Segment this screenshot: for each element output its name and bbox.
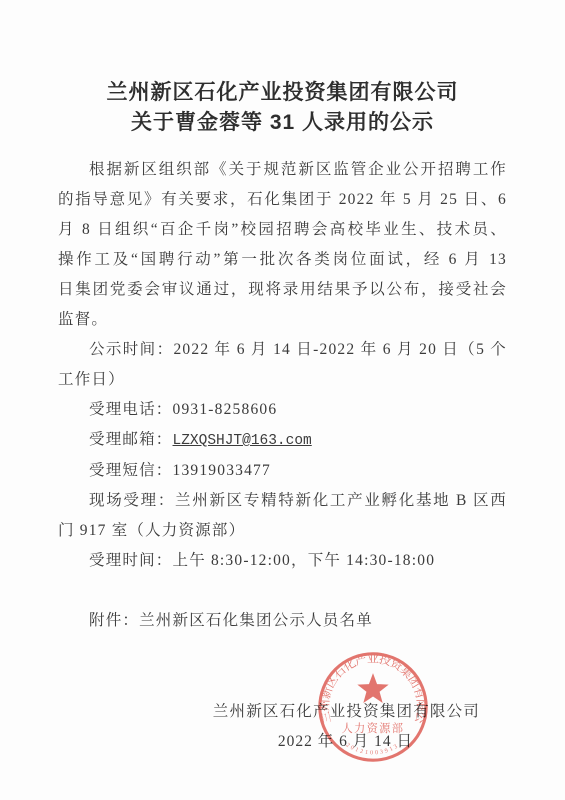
blank-line xyxy=(58,576,507,606)
paragraph-line: 监督。 xyxy=(58,305,507,335)
document-page: 兰州新区石化产业投资集团有限公司 关于曹金蓉等 31 人录用的公示 根据新区组织… xyxy=(0,0,565,800)
paragraph-line: 根据新区组织部《关于规范新区监管企业公开招聘工作 xyxy=(58,155,507,185)
document-title: 兰州新区石化产业投资集团有限公司 关于曹金蓉等 31 人录用的公示 xyxy=(0,0,565,138)
paragraph-line: 操作工及“国聘行动”第一批次各类岗位面试，经 6 月 13 xyxy=(58,245,507,275)
signature-date: 2022 年 6 月 14 日 xyxy=(0,727,565,757)
address-line-cont: 门 917 室（人力资源部） xyxy=(58,516,507,546)
notice-period-line-cont: 工作日） xyxy=(58,365,507,395)
paragraph-line: 的指导意见》有关要求，石化集团于 2022 年 5 月 25 日、6 xyxy=(58,185,507,215)
email-link[interactable]: LZXQSHJT@163.com xyxy=(173,433,312,449)
phone-line: 受理电话：0931-8258606 xyxy=(58,395,507,425)
sms-line: 受理短信：13919033477 xyxy=(58,456,507,486)
paragraph-line: 日集团党委会审议通过，现将录用结果予以公布，接受社会 xyxy=(58,275,507,305)
paragraph-line: 月 8 日组织“百企千岗”校园招聘会高校毕业生、技术员、 xyxy=(58,215,507,245)
document-title-line2: 关于曹金蓉等 31 人录用的公示 xyxy=(0,108,565,138)
attachment-line: 附件：兰州新区石化集团公示人员名单 xyxy=(58,606,507,636)
address-line: 现场受理：兰州新区专精特新化工产业孵化基地 B 区西 xyxy=(58,486,507,516)
notice-period-line: 公示时间：2022 年 6 月 14 日-2022 年 6 月 20 日（5 个 xyxy=(58,335,507,365)
document-title-line1: 兰州新区石化产业投资集团有限公司 xyxy=(0,78,565,108)
signature-company: 兰州新区石化产业投资集团有限公司 xyxy=(0,697,565,727)
signature-block: 兰州新区石化产业投资集团有限公司 2022 年 6 月 14 日 xyxy=(0,697,565,757)
office-hours-line: 受理时间：上午 8:30-12:00，下午 14:30-18:00 xyxy=(58,546,507,576)
email-label: 受理邮箱： xyxy=(89,431,173,448)
document-body: 根据新区组织部《关于规范新区监管企业公开招聘工作 的指导意见》有关要求，石化集团… xyxy=(58,155,507,636)
email-line: 受理邮箱：LZXQSHJT@163.com xyxy=(58,425,507,456)
